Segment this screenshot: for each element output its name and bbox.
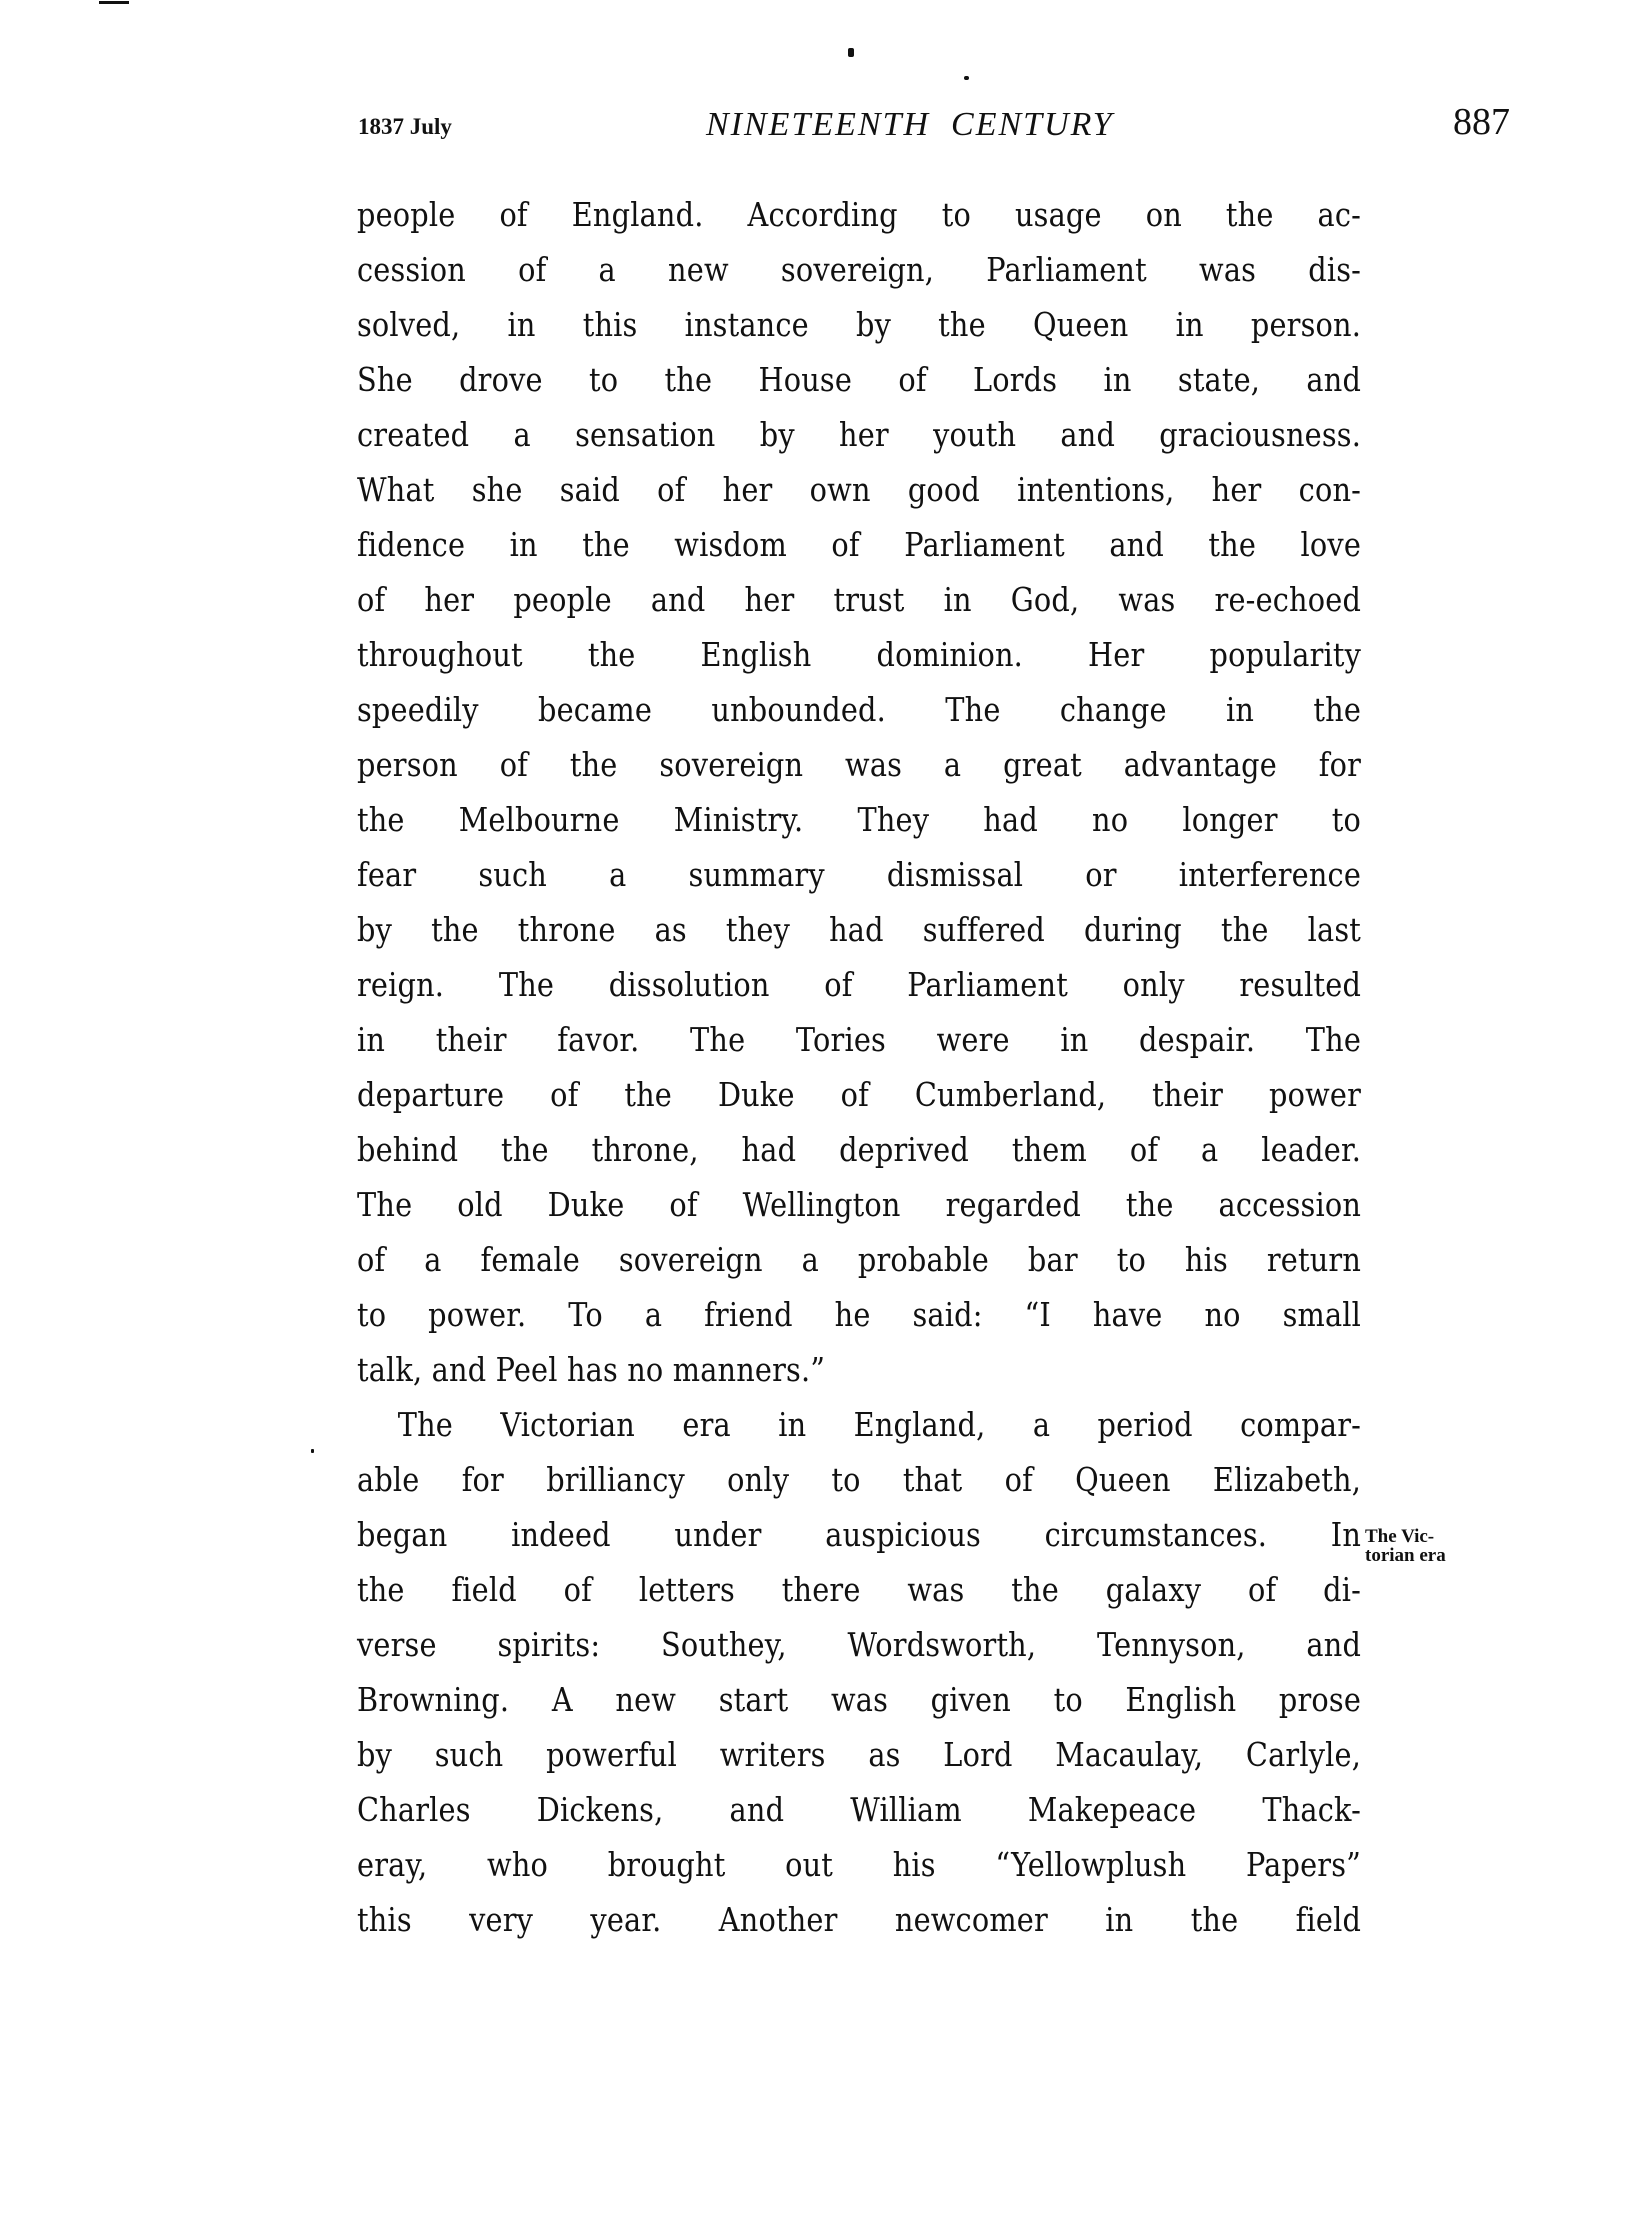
running-head: 1837 July NINETEENTH CENTURY 887 [358,100,1518,146]
body-text: people of England. According to usage on… [357,188,1361,1948]
text-line: the field of letters there was the galax… [357,1563,1361,1618]
text-line: of her people and her trust in God, was … [357,573,1361,628]
paragraph-accession: people of England. According to usage on… [357,188,1361,1398]
text-line: created a sensation by her youth and gra… [357,408,1361,463]
running-head-title: NINETEENTH CENTURY [706,106,1114,144]
text-line: by such powerful writers as Lord Macaula… [357,1728,1361,1783]
text-line: in their favor. The Tories were in despa… [357,1013,1361,1068]
text-line: behind the throne, had deprived them of … [357,1123,1361,1178]
text-line: The old Duke of Wellington regarded the … [357,1178,1361,1233]
page-number: 887 [1453,100,1510,144]
text-line: able for brilliancy only to that of Quee… [357,1453,1361,1508]
text-line: eray, who brought out his “Yellowplush P… [357,1838,1361,1893]
text-line: by the throne as they had suffered durin… [357,903,1361,958]
text-line: cession of a new sovereign, Parliament w… [357,243,1361,298]
margin-note-line: torian era [1365,1546,1446,1565]
text-line: person of the sovereign was a great adva… [357,738,1361,793]
text-line: talk, and Peel has no manners.” [357,1343,1361,1398]
text-line: departure of the Duke of Cumberland, the… [357,1068,1361,1123]
text-line: this very year. Another newcomer in the … [357,1893,1361,1948]
text-line: Charles Dickens, and William Makepeace T… [357,1783,1361,1838]
text-line: solved, in this instance by the Queen in… [357,298,1361,353]
margin-note-line: The Vic- [1365,1527,1446,1546]
text-line: to power. To a friend he said: “I have n… [357,1288,1361,1343]
text-line: of a female sovereign a probable bar to … [357,1233,1361,1288]
text-line: the Melbourne Ministry. They had no long… [357,793,1361,848]
scan-artifact-dash [99,1,129,4]
scan-artifact-speck [964,76,969,80]
paragraph-victorian-era: The Victorian era in England, a period c… [357,1398,1361,1948]
running-head-date: 1837 July [358,114,452,140]
text-line: throughout the English dominion. Her pop… [357,628,1361,683]
text-line: The Victorian era in England, a period c… [357,1398,1361,1453]
text-line: fear such a summary dismissal or interfe… [357,848,1361,903]
scan-artifact-speck [311,1449,314,1453]
text-line: speedily became unbounded. The change in… [357,683,1361,738]
text-line: fidence in the wisdom of Parliament and … [357,518,1361,573]
text-line: reign. The dissolution of Parliament onl… [357,958,1361,1013]
text-line: began indeed under auspicious circumstan… [357,1508,1361,1563]
text-line: people of England. According to usage on… [357,188,1361,243]
text-line: She drove to the House of Lords in state… [357,353,1361,408]
text-line: What she said of her own good intentions… [357,463,1361,518]
text-line: Browning. A new start was given to Engli… [357,1673,1361,1728]
text-line: verse spirits: Southey, Wordsworth, Tenn… [357,1618,1361,1673]
scan-artifact-speck [848,48,854,57]
margin-note: The Vic- torian era [1365,1527,1446,1565]
